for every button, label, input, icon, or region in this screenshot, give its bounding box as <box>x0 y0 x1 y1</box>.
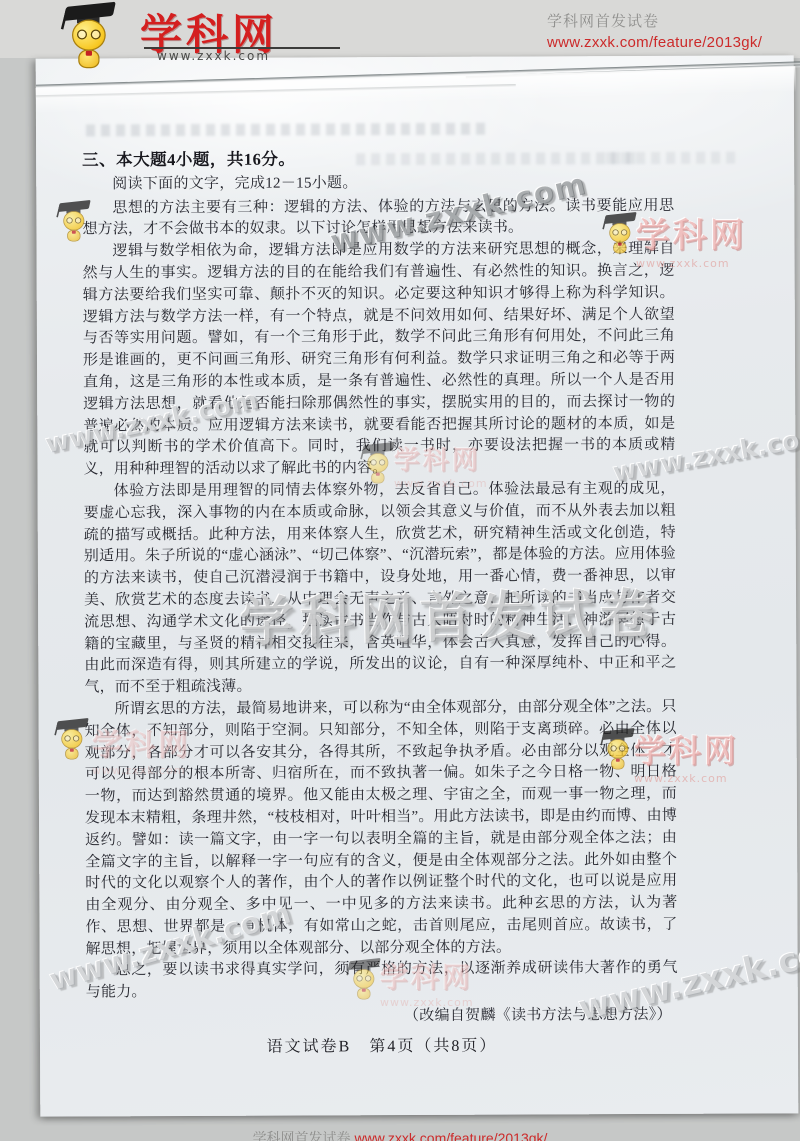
site-header: 学科网 www.zxxk.com 学科网首发试卷 www.zxxk.com/fe… <box>0 0 800 58</box>
scanned-exam-page: 学科网 www.zxxk.com 学科网首发试卷 www.zxxk.com/fe… <box>0 0 800 1141</box>
header-feature-url[interactable]: www.zxxk.com/feature/2013gk/ <box>547 34 762 51</box>
paragraph-3: 体验方法即是用理智的同情去体察外物，去反省自己。体验法最忌有主观的成见，要虚心忘… <box>84 479 677 700</box>
document-body: 三、本大题4小题，共16分。 阅读下面的文字，完成12－15小题。 思想的方法主… <box>82 147 678 1059</box>
bottom-strip-footer: 学科网首发试卷 www.zxxk.com/feature/2013gk/ <box>0 1128 800 1141</box>
watermark-mascot-icon <box>603 212 639 256</box>
watermark-mascot-icon <box>601 728 637 772</box>
watermark-mascot-icon <box>55 718 91 762</box>
bottom-strip-url[interactable]: www.zxxk.com/feature/2013gk/ <box>354 1130 547 1141</box>
reading-instruction: 阅读下面的文字，完成12－15小题。 <box>82 172 674 196</box>
site-logo[interactable]: 学科网 www.zxxk.com <box>62 2 362 58</box>
watermark-mascot-icon <box>361 442 397 486</box>
paragraph-4: 所谓玄思的方法，最简易地讲来，可以称为“由全体观部分，由部分观全体”之法。只知全… <box>84 697 677 961</box>
source-attribution: （改编自贺麟《读书方法与思想方法》） <box>86 1005 678 1029</box>
page-number-footer: 语文试卷B 第4页（共8页） <box>86 1035 678 1059</box>
watermark-mascot-icon <box>347 958 383 1002</box>
mascot-logo-icon <box>62 2 120 72</box>
bleedthrough-text <box>86 123 486 137</box>
header-tagline: 学科网首发试卷 <box>547 10 762 31</box>
bottom-strip-tagline: 学科网首发试卷 <box>253 1130 351 1141</box>
header-right: 学科网首发试卷 www.zxxk.com/feature/2013gk/ <box>547 10 762 51</box>
paragraph-1: 思想的方法主要有三种：逻辑的方法、体验的方法与玄思的方法。读书要能应用思想方法，… <box>82 195 674 241</box>
watermark-mascot-icon <box>57 200 93 244</box>
paper-sheet: 三、本大题4小题，共16分。 阅读下面的文字，完成12－15小题。 思想的方法主… <box>36 55 799 1116</box>
logo-url[interactable]: www.zxxk.com <box>157 49 270 63</box>
section-heading: 三、本大题4小题，共16分。 <box>82 147 674 171</box>
